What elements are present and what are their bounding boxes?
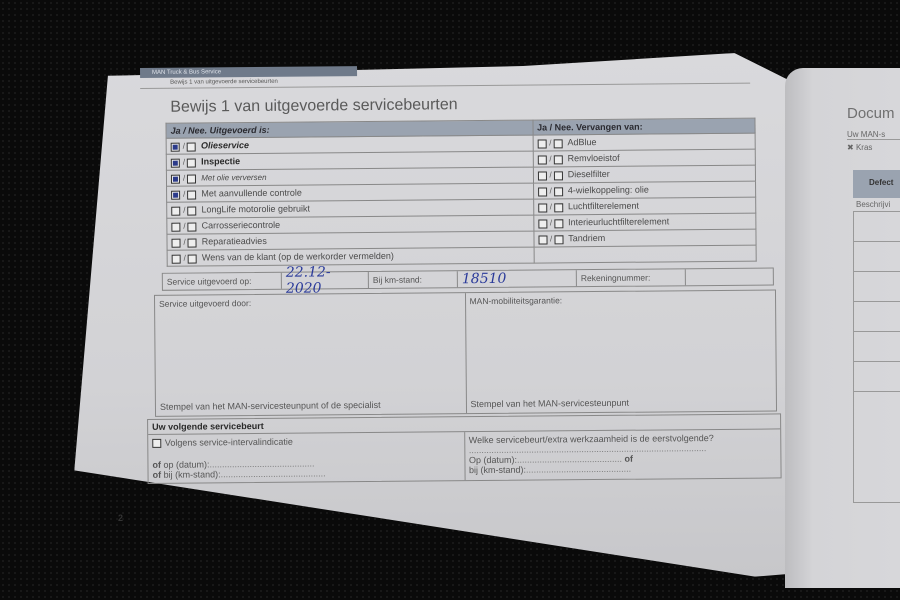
- service-info-row: Service uitgevoerd op: 22.12-2020 Bij km…: [162, 267, 774, 290]
- right-page-subtitle: Uw MAN-s: [847, 130, 900, 140]
- performed-item-label: Met olie verversen: [201, 173, 266, 183]
- defect-desc: Beschrijvi: [853, 198, 900, 212]
- performed-item-label: Met aanvullende controle: [201, 188, 302, 199]
- date-value[interactable]: 22.12-2020: [282, 272, 369, 289]
- no-checkbox-icon[interactable]: [187, 158, 196, 167]
- yes-checkbox-icon[interactable]: [171, 142, 180, 151]
- replaced-cell: /Tandriem: [533, 229, 756, 247]
- right-page-title: Docum: [847, 105, 900, 122]
- replaced-cell: /AdBlue: [533, 133, 756, 151]
- performed-item-label: Carrosseriecontrole: [202, 220, 281, 231]
- kras-label: Kras: [856, 143, 872, 152]
- performed-by-box[interactable]: Service uitgevoerd door: Stempel van het…: [155, 293, 467, 416]
- invoice-value[interactable]: [686, 268, 773, 285]
- replaced-item-label: AdBlue: [567, 137, 596, 147]
- invoice-label: Rekeningnummer:: [577, 269, 686, 286]
- no-checkbox-icon[interactable]: [188, 238, 197, 247]
- yes-checkbox-icon[interactable]: [537, 139, 546, 148]
- performed-by-stamp: Stempel van het MAN-servicesteunpunt of …: [160, 400, 381, 412]
- replaced-cell: /Luchtfilterelement: [533, 197, 756, 215]
- page-number: 2: [118, 513, 123, 523]
- separator: /: [183, 238, 185, 247]
- separator: /: [549, 139, 551, 148]
- separator: /: [550, 203, 552, 212]
- at-km-label: bij (km-stand):: [469, 465, 526, 475]
- mobility-stamp: Stempel van het MAN-servicesteunpunt: [470, 398, 629, 409]
- performed-item-label: Wens van de klant (op de werkorder verme…: [202, 251, 394, 263]
- no-checkbox-icon[interactable]: [187, 206, 196, 215]
- replaced-cell: [534, 245, 757, 263]
- replaced-cell: /4-wielkoppeling: olie: [533, 181, 756, 199]
- no-checkbox-icon[interactable]: [188, 222, 197, 231]
- mobility-label: MAN-mobiliteitsgarantie:: [470, 295, 563, 306]
- date-label: Service uitgevoerd op:: [163, 273, 282, 290]
- performed-item-label: Inspectie: [201, 157, 240, 167]
- separator: /: [183, 206, 185, 215]
- yes-checkbox-icon[interactable]: [537, 155, 546, 164]
- next-service-section: Uw volgende servicebeurt Volgens service…: [147, 413, 782, 484]
- yes-checkbox-icon[interactable]: [172, 254, 181, 263]
- no-checkbox-icon[interactable]: [554, 187, 563, 196]
- replaced-item-label: Interieurluchtfilterelement: [568, 217, 669, 228]
- yes-checkbox-icon[interactable]: [171, 174, 180, 183]
- separator: /: [183, 222, 185, 231]
- no-checkbox-icon[interactable]: [554, 219, 563, 228]
- replaced-item-label: Tandriem: [568, 233, 605, 243]
- yes-checkbox-icon[interactable]: [171, 190, 180, 199]
- on-date-label: Op (datum):: [469, 455, 517, 465]
- or-word: of: [152, 460, 161, 470]
- replaced-cell: /Dieselfilter: [533, 165, 756, 183]
- stamp-boxes: Service uitgevoerd door: Stempel van het…: [154, 289, 777, 416]
- or-date-label: op (datum):: [163, 460, 209, 470]
- next-service-right: Welke servicebeurt/extra werkzaamheid is…: [465, 429, 781, 480]
- performed-item-label: Reparatieadvies: [202, 236, 267, 247]
- no-checkbox-icon[interactable]: [187, 174, 196, 183]
- next-service-left: Volgens service-intervalindicatie of op …: [148, 432, 465, 483]
- no-checkbox-icon[interactable]: [554, 171, 563, 180]
- separator: /: [549, 171, 551, 180]
- no-checkbox-icon[interactable]: [188, 254, 197, 263]
- service-checklist: Ja / Nee. Uitgevoerd is: Ja / Nee. Verva…: [165, 118, 756, 267]
- replaced-cell: /Interieurluchtfilterelement: [533, 213, 756, 231]
- replaced-item-label: Dieselfilter: [568, 169, 610, 179]
- yes-checkbox-icon[interactable]: [171, 206, 180, 215]
- replaced-item-label: 4-wielkoppeling: olie: [568, 185, 649, 196]
- no-checkbox-icon[interactable]: [187, 190, 196, 199]
- replaced-item-label: Luchtfilterelement: [568, 201, 639, 212]
- separator: /: [183, 174, 185, 183]
- mobility-box[interactable]: MAN-mobiliteitsgarantie: Stempel van het…: [465, 290, 776, 413]
- separator: /: [549, 155, 551, 164]
- separator: /: [183, 190, 185, 199]
- yes-checkbox-icon[interactable]: [538, 187, 547, 196]
- or-word-2: of: [153, 470, 162, 480]
- km-value[interactable]: 18510: [458, 270, 577, 287]
- performed-item-label: Olieservice: [201, 140, 249, 150]
- service-form: MAN Truck & Bus Service Bewijs 1 van uit…: [140, 63, 774, 485]
- replaced-item-label: Remvloeistof: [568, 153, 620, 163]
- yes-checkbox-icon[interactable]: [171, 222, 180, 231]
- page-title: Bewijs 1 van uitgevoerde servicebeurten: [170, 94, 770, 117]
- yes-checkbox-icon[interactable]: [538, 235, 547, 244]
- separator: /: [550, 187, 552, 196]
- defect-header: Defect: [853, 170, 900, 198]
- yes-checkbox-icon[interactable]: [537, 171, 546, 180]
- yes-checkbox-icon[interactable]: [171, 238, 180, 247]
- at-km-dots[interactable]: ........................................…: [526, 464, 631, 475]
- right-page-content: Docum Uw MAN-s ✖ Kras: [847, 105, 900, 152]
- or-km-label: bij (km-stand):: [164, 469, 221, 479]
- yes-checkbox-icon[interactable]: [538, 219, 547, 228]
- separator: /: [183, 158, 185, 167]
- separator: /: [550, 235, 552, 244]
- no-checkbox-icon[interactable]: [553, 139, 562, 148]
- yes-checkbox-icon[interactable]: [538, 203, 547, 212]
- cross-icon: ✖: [847, 143, 854, 152]
- km-dots[interactable]: ........................................…: [221, 469, 326, 480]
- separator: /: [184, 254, 186, 263]
- no-checkbox-icon[interactable]: [554, 155, 563, 164]
- no-checkbox-icon[interactable]: [187, 142, 196, 151]
- no-checkbox-icon[interactable]: [554, 235, 563, 244]
- or-word-3: of: [624, 454, 633, 464]
- replaced-cell: /Remvloeistof: [533, 149, 756, 167]
- performed-item-label: LongLife motorolie gebruikt: [201, 204, 310, 215]
- yes-checkbox-icon[interactable]: [171, 158, 180, 167]
- checkbox-icon[interactable]: [152, 439, 161, 448]
- no-checkbox-icon[interactable]: [554, 203, 563, 212]
- defect-table: Defect Beschrijvi: [853, 170, 900, 503]
- interval-option: Volgens service-intervalindicatie: [165, 437, 293, 448]
- separator: /: [550, 219, 552, 228]
- performed-by-label: Service uitgevoerd door:: [159, 298, 251, 309]
- separator: /: [183, 142, 185, 151]
- km-label: Bij km-stand:: [369, 271, 458, 288]
